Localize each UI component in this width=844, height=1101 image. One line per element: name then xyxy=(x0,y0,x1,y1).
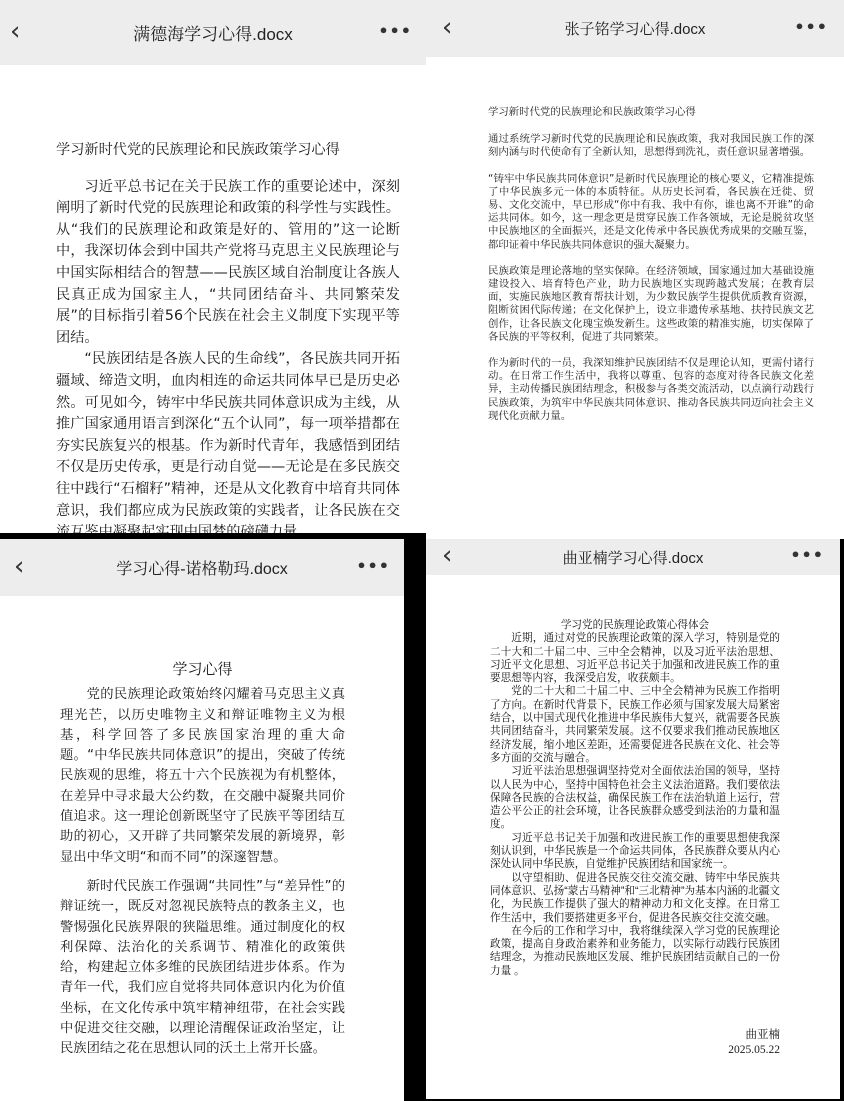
paragraph: 习近平法治思想强调坚持党对全面依法治国的领导，坚持以人民为中心，坚持中国特色社会… xyxy=(490,765,780,831)
title-bar: ‹ 曲亚楠学习心得.docx ••• xyxy=(426,539,840,575)
document-viewer-nuogelema: ‹ 学习心得-诺格勒玛.docx ••• 学习心得 党的民族理论政策始终闪耀着马… xyxy=(0,539,404,1101)
document-viewer-qu-yanan: ‹ 曲亚楠学习心得.docx ••• 学习党的民族理论政策心得体会 近期，通过对… xyxy=(426,539,840,1099)
paragraph: 党的二十大和二十届二中、三中全会精神为民族工作指明了方向。在新时代背景下，民族工… xyxy=(490,685,780,765)
document-heading: 学习新时代党的民族理论和民族政策学习心得 xyxy=(56,140,400,162)
document-viewer-man-dehai: ‹ 满德海学习心得.docx ••• 学习新时代党的民族理论和民族政策学习心得 … xyxy=(0,0,426,533)
document-title: 满德海学习心得.docx xyxy=(133,20,293,45)
document-title: 学习心得-诺格勒玛.docx xyxy=(116,556,288,579)
more-options-icon[interactable]: ••• xyxy=(794,17,828,36)
more-options-icon[interactable]: ••• xyxy=(790,546,824,565)
document-heading: 学习党的民族理论政策心得体会 xyxy=(490,619,780,632)
paragraph: 党的民族理论政策始终闪耀着马克思主义真理光芒，以历史唯物主义和辩证唯物主义为根基… xyxy=(60,685,345,868)
paragraph: 在今后的工作和学习中，我将继续深入学习党的民族理论政策，提高自身政治素养和业务能… xyxy=(490,925,780,978)
paragraph: 民族政策是理论落地的坚实保障。在经济领域，国家通过加大基础设施建设投入、培育特色… xyxy=(488,265,814,344)
document-title: 张子铭学习心得.docx xyxy=(565,18,706,39)
more-options-icon[interactable]: ••• xyxy=(378,21,412,40)
more-options-icon[interactable]: ••• xyxy=(356,556,390,575)
paragraph: 新时代民族工作强调“共同性”与“差异性”的辩证统一，既反对忽视民族特点的教条主义… xyxy=(60,877,345,1060)
title-bar: ‹ 学习心得-诺格勒玛.docx ••• xyxy=(0,539,404,596)
back-arrow-icon[interactable]: ‹ xyxy=(442,14,452,40)
document-viewer-zhang-ziming: ‹ 张子铭学习心得.docx ••• 学习新时代党的民族理论和民族政策学习心得 … xyxy=(426,0,844,539)
paragraph: 习近平总书记关于加强和改进民族工作的重要思想使我深刻认识到，中华民族是一个命运共… xyxy=(490,832,780,872)
title-bar: ‹ 满德海学习心得.docx ••• xyxy=(0,0,426,65)
back-arrow-icon[interactable]: ‹ xyxy=(14,553,24,579)
signature-block: 曲亚楠 2025.05.22 xyxy=(728,1028,780,1058)
paragraph: “民族团结是各族人民的生命线”，各民族共同开拓疆域、缔造文明，血肉相连的命运共同… xyxy=(56,349,400,533)
document-body: 学习心得 党的民族理论政策始终闪耀着马克思主义真理光芒，以历史唯物主义和辩证唯物… xyxy=(60,659,345,1060)
paragraph: 作为新时代的一员，我深知维护民族团结不仅是理论认知，更需付诸行动。在日常工作生活… xyxy=(488,357,814,423)
document-heading: 学习心得 xyxy=(60,659,345,679)
signature-date: 2025.05.22 xyxy=(728,1043,780,1058)
back-arrow-icon[interactable]: ‹ xyxy=(10,18,20,44)
signature-name: 曲亚楠 xyxy=(728,1028,780,1043)
document-body: 学习党的民族理论政策心得体会 近期，通过对党的民族理论政策的深入学习，特别是党的… xyxy=(490,619,780,978)
document-body: 学习新时代党的民族理论和民族政策学习心得 习近平总书记在关于民族工作的重要论述中… xyxy=(56,140,400,533)
paragraph: 近期，通过对党的民族理论政策的深入学习，特别是党的二十大和二十届二中、三中全会精… xyxy=(490,632,780,685)
paragraph: “铸牢中华民族共同体意识”是新时代民族理论的核心要义，它精准提炼了中华民族多元一… xyxy=(488,173,814,252)
paragraph: 以守望相助、促进各民族交往交流交融、铸牢中华民族共同体意识、弘扬“蒙古马精神”和… xyxy=(490,872,780,925)
title-bar: ‹ 张子铭学习心得.docx ••• xyxy=(426,0,844,57)
paragraph: 通过系统学习新时代党的民族理论和民族政策，我对我国民族工作的深刻内涵与时代使命有… xyxy=(488,133,814,159)
document-heading: 学习新时代党的民族理论和民族政策学习心得 xyxy=(488,106,814,119)
paragraph: 习近平总书记在关于民族工作的重要论述中，深刻阐明了新时代党的民族理论和政策的科学… xyxy=(56,177,400,350)
back-arrow-icon[interactable]: ‹ xyxy=(442,543,452,569)
document-body: 学习新时代党的民族理论和民族政策学习心得 通过系统学习新时代党的民族理论和民族政… xyxy=(488,106,814,423)
document-title: 曲亚楠学习心得.docx xyxy=(563,547,704,568)
